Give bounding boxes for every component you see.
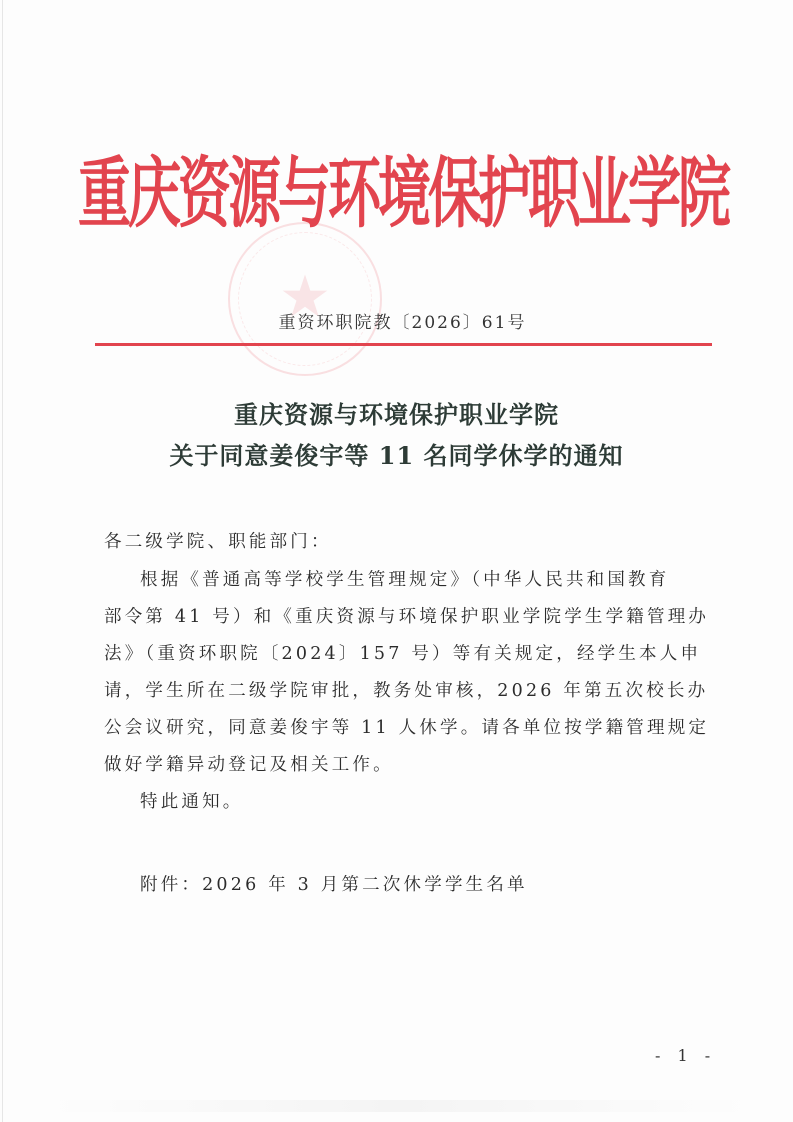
salutation: 各二级学院、职能部门： <box>104 528 710 553</box>
scan-edge <box>2 0 3 1122</box>
masthead-title: 重庆资源与环境保护职业学院 <box>78 127 718 260</box>
notice-title-line-1: 重庆资源与环境保护职业学院 <box>0 395 793 430</box>
body-paragraph-line: 公会议研究，同意姜俊宇等 11 人休学。请各单位按学籍管理规定 <box>104 714 710 739</box>
body-paragraph-line: 部令第 41 号）和《重庆资源与环境保护职业学院学生学籍管理办 <box>104 603 710 628</box>
red-divider-line <box>95 343 712 346</box>
body-paragraph-line: 做好学籍异动登记及相关工作。 <box>104 751 710 776</box>
body-paragraph-line: 法》（重资环职院〔2024〕157 号）等有关规定，经学生本人申 <box>104 640 710 665</box>
attachment-line: 附件：2026 年 3 月第二次休学学生名单 <box>140 871 746 896</box>
body-paragraph-line: 请，学生所在二级学院审批，教务处审核，2026 年第五次校长办 <box>104 677 710 702</box>
page-number: - 1 - <box>655 1046 716 1065</box>
document-number: 重资环职院教〔2026〕61号 <box>0 308 793 333</box>
document-number-text: 重资环职院教〔2026〕61号 <box>279 308 527 333</box>
notice-title-line-2: 关于同意姜俊宇等 11 名同学休学的通知 <box>0 436 793 471</box>
scan-artifact <box>50 1100 750 1112</box>
document-page: ★ 重庆资源与环境保护职业学院 重资环职院教〔2026〕61号 重庆资源与环境保… <box>0 0 793 1122</box>
body-paragraph-line: 根据《普通高等学校学生管理规定》（中华人民共和国教育 <box>140 566 746 591</box>
closing-remark: 特此通知。 <box>140 788 746 813</box>
